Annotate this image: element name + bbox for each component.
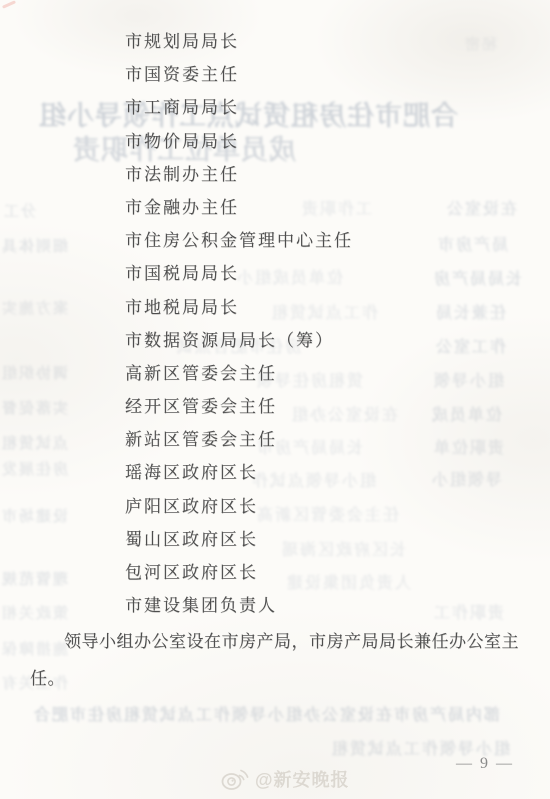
- list-item: 市地税局局长: [125, 291, 353, 324]
- list-item: 新站区管委会主任: [125, 423, 353, 456]
- list-item: 市工商局局长: [125, 91, 353, 124]
- list-item: 市住房公积金管理中心主任: [125, 224, 353, 257]
- list-item: 高新区管委会主任: [125, 357, 353, 390]
- list-item: 经开区管委会主任: [125, 390, 353, 423]
- closing-paragraph: 领导小组办公室设在市房产局，市房产局局长兼任办公室主任。: [30, 623, 522, 697]
- list-item: 庐阳区政府区长: [125, 490, 353, 523]
- scanned-document-page: 合肥市住房租赁试点工作领导小组成员单位工作职责秘密工作职责在设室公分工细则体具局…: [0, 0, 550, 799]
- weibo-icon: [221, 767, 249, 791]
- list-item: 蜀山区政府区长: [125, 523, 353, 556]
- position-list: 市规划局局长市国资委主任市工商局局长市物价局局长市法制办主任市金融办主任市住房公…: [125, 25, 353, 622]
- list-item: 市数据资源局局长（筹）: [125, 324, 353, 357]
- list-item: 市建设集团负责人: [125, 589, 353, 622]
- list-item: 瑶海区政府区长: [125, 456, 353, 489]
- list-item: 市国税局局长: [125, 257, 353, 290]
- watermark: @新安晚报: [221, 766, 350, 792]
- page-number: — 9 —: [456, 755, 514, 773]
- list-item: 市国资委主任: [125, 58, 353, 91]
- watermark-text: @新安晚报: [255, 766, 350, 792]
- list-item: 包河区政府区长: [125, 556, 353, 589]
- list-item: 市物价局局长: [125, 125, 353, 158]
- page-content: 市规划局局长市国资委主任市工商局局长市物价局局长市法制办主任市金融办主任市住房公…: [0, 0, 550, 799]
- list-item: 市规划局局长: [125, 25, 353, 58]
- list-item: 市法制办主任: [125, 158, 353, 191]
- list-item: 市金融办主任: [125, 191, 353, 224]
